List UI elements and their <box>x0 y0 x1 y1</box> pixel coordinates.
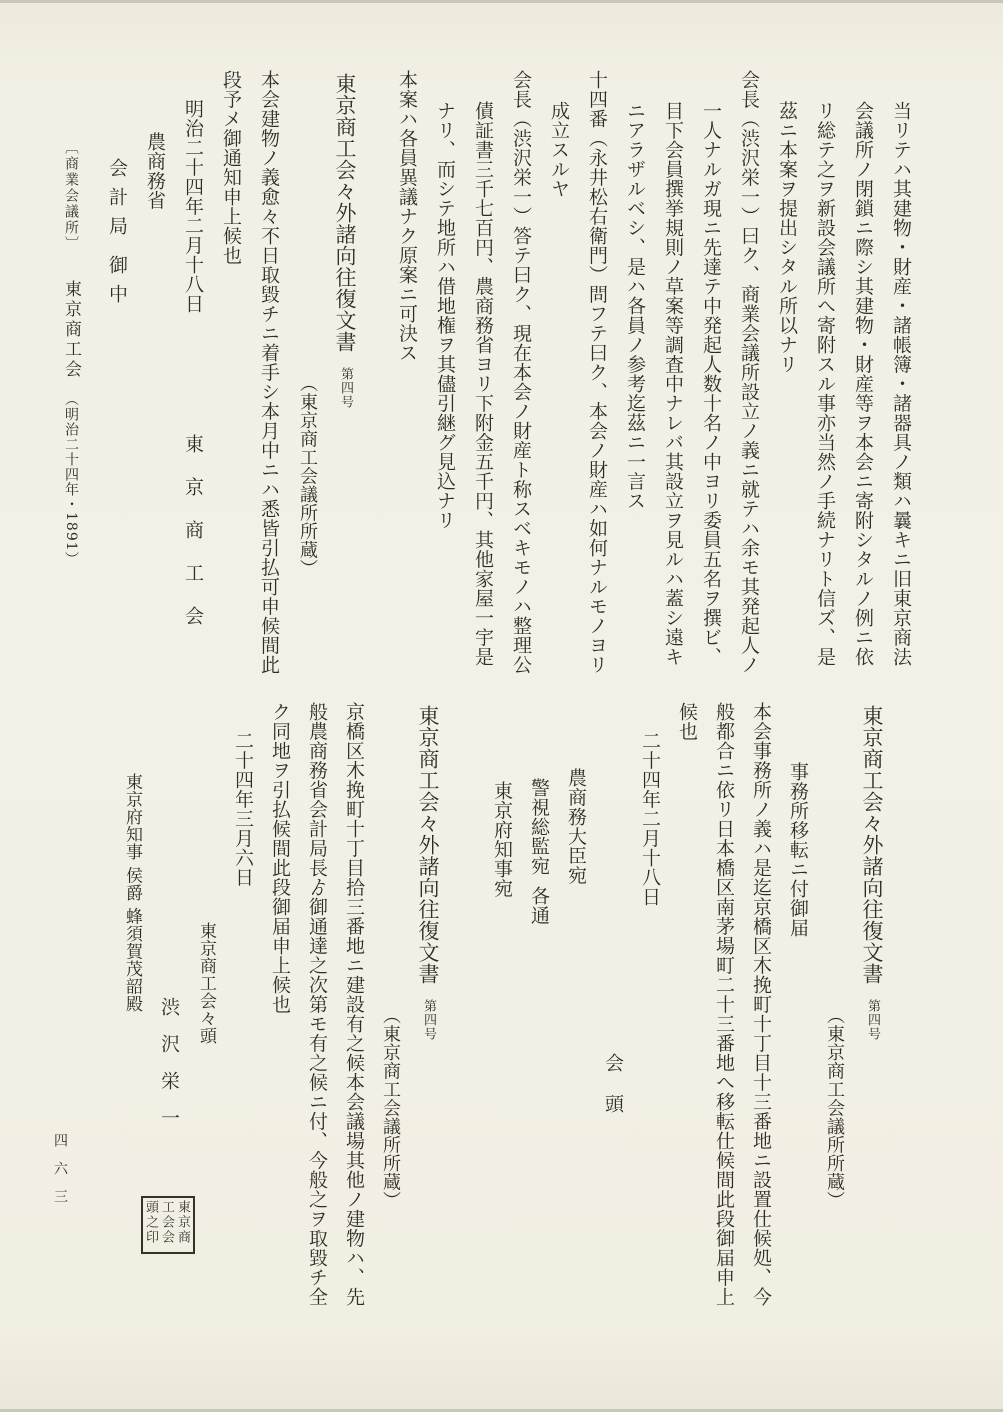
doc-title-text: 東京商工会々外諸向往復文書 <box>416 705 440 985</box>
doc-title-text: 東京商工会々外諸向往復文書 <box>860 705 884 985</box>
seal-column: 工会会 <box>158 1200 174 1250</box>
archive-note: （東京商工会議所所蔵） <box>288 68 326 678</box>
body-line: 債証書三千七百円、農商務省ヨリ下附金五千円、其他家屋一宇是 <box>464 68 502 678</box>
date-line: 二十四年三月六日 <box>224 700 261 1325</box>
letter-body-line: 本会建物ノ義愈々不日取毀チニ着手シ本月中ニハ悉皆引払可申候間此 <box>250 68 288 678</box>
letter-body-line: 段予メ御通知申上候也 <box>212 68 250 678</box>
addressee-bureau: 会計局 <box>106 158 128 245</box>
minutes-section: 当リテハ其建物・財産・諸帳簿・諸器具ノ類ハ曩キニ旧東京商法 会議所ノ閉鎖ニ際シ其… <box>98 68 920 678</box>
letter-body-line: 般農商務省会計局長ゟ御通達之次第モ有之候ニ付、今般之ヲ取毀チ全 <box>298 700 335 1325</box>
seal-column: 東京商 <box>174 1200 190 1250</box>
body-line: ナリ、而シテ地所ハ借地権ヲ其儘引継グ見込ナリ <box>426 68 464 678</box>
addressee-honorific: 御中 <box>106 255 128 313</box>
doc-title: 東京商工会々外諸向往復文書第四号 <box>853 700 891 1325</box>
body-line: 当リテハ其建物・財産・諸帳簿・諸器具ノ類ハ曩キニ旧東京商法 <box>882 68 920 678</box>
date-line: 明治二十四年二月十八日東京商工会 <box>174 68 212 678</box>
scanned-book-page: 当リテハ其建物・財産・諸帳簿・諸器具ノ類ハ曩キニ旧東京商法 会議所ノ閉鎖ニ際シ其… <box>0 0 1003 1412</box>
doc-number: 第四号 <box>421 999 436 1041</box>
chairman-title: 会頭 <box>602 1053 624 1135</box>
running-header: 〔商業会議所〕東京商工会（明治二十四年・1891） <box>56 140 86 567</box>
speaker-line: 十四番（永井松右衛門）問フテ曰ク、本会ノ財産ハ如何ナルモノヨリ <box>578 68 616 678</box>
letter-body-line: 京橋区木挽町十丁目拾三番地ニ建設有之候本会議場其他ノ建物ハ、先 <box>335 700 372 1325</box>
archive-note: （東京商工会議所所蔵） <box>372 700 409 1325</box>
letter-body-line: 候也 <box>668 700 705 1325</box>
running-header-year: （明治二十四年・1891） <box>63 392 79 567</box>
body-line: 茲ニ本案ヲ提出シタル所以ナリ <box>768 68 806 678</box>
sender-signature: 会頭 <box>594 700 631 1325</box>
resolution-line: 本案ハ各員異議ナク原案ニ可決ス <box>388 68 426 678</box>
letter-body-line: ク同地ヲ引払候間此段御届申上候也 <box>261 700 298 1325</box>
doc-number: 第四号 <box>865 999 880 1041</box>
date-text: 明治二十四年二月十八日 <box>182 99 204 314</box>
letter-body-line: 般都合ニ依リ日本橋区南茅場町二十三番地へ移転仕候間此段御届申上 <box>705 700 742 1325</box>
subject-line: 事務所移転ニ付御届 <box>779 700 816 1325</box>
archive-note: （東京商工会議所所蔵） <box>816 700 853 1325</box>
doc-title: 東京商工会々外諸向往復文書第四号 <box>326 68 364 678</box>
speaker-line: 会長（渋沢栄一）曰ク、商業会議所設立ノ義ニ就テハ余モ其発起人ノ <box>730 68 768 678</box>
body-line: 目下会員撰挙規則ノ草案等調査中ナレバ其設立ヲ見ルハ蓋シ遠キ <box>654 68 692 678</box>
addressee-line: 東京府知事宛 <box>483 700 520 1325</box>
addressee-text: 警視総監宛 <box>528 778 550 876</box>
body-line: ニアラザルベシ、是ハ各員ノ参考迄茲ニ一言ス <box>616 68 654 678</box>
body-line: 一人ナルガ現ニ先達テ中発起人数十名ノ中ヨリ委員五名ヲ撰ビ、 <box>692 68 730 678</box>
chairman-seal: 東京商 工会会 頭之印 <box>141 1196 195 1254</box>
sender-signature: 東京商工会 <box>182 434 204 649</box>
doc-number: 第四号 <box>338 367 353 409</box>
speaker-line: 会長（渋沢栄一）答テ曰ク、現在本会ノ財産ト称スベキモノハ整理公 <box>502 68 540 678</box>
addressee-line: 警視総監宛各通 <box>520 700 557 1325</box>
seal-column: 頭之印 <box>142 1200 158 1250</box>
body-line: 会議所ノ閉鎖ニ際シ其建物・財産等ヲ本会ニ寄附シタルノ例ニ依 <box>844 68 882 678</box>
letter-body-line: 本会事務所ノ義ハ是迄京橋区木挽町十丁目十三番地ニ設置仕候処、今 <box>742 700 779 1325</box>
addressee-line: 農商務大臣宛 <box>557 700 594 1325</box>
body-line: 成立スルヤ <box>540 68 578 678</box>
letters-section: 東京商工会々外諸向往復文書第四号 （東京商工会議所所蔵） 事務所移転ニ付御届 本… <box>113 700 891 1325</box>
doc-title: 東京商工会々外諸向往復文書第四号 <box>409 700 447 1325</box>
running-header-category: 〔商業会議所〕 <box>63 140 79 252</box>
copies-note: 各通 <box>528 886 550 925</box>
scan-edge-top <box>0 0 1003 3</box>
body-line: リ総テ之ヲ新設会議所へ寄附スル事亦当然ノ手続ナリト信ズ、是 <box>806 68 844 678</box>
doc-title-text: 東京商工会々外諸向往復文書 <box>333 73 357 353</box>
date-line: 二十四年二月十八日 <box>631 700 668 1325</box>
addressee-line: 農商務省 <box>136 68 174 678</box>
signer-name: 渋沢栄一 <box>158 997 180 1145</box>
addressee-line: 会計局御中 <box>98 68 136 678</box>
page-number: 四六三 <box>50 1133 70 1217</box>
running-header-title: 東京商工会 <box>61 280 81 380</box>
